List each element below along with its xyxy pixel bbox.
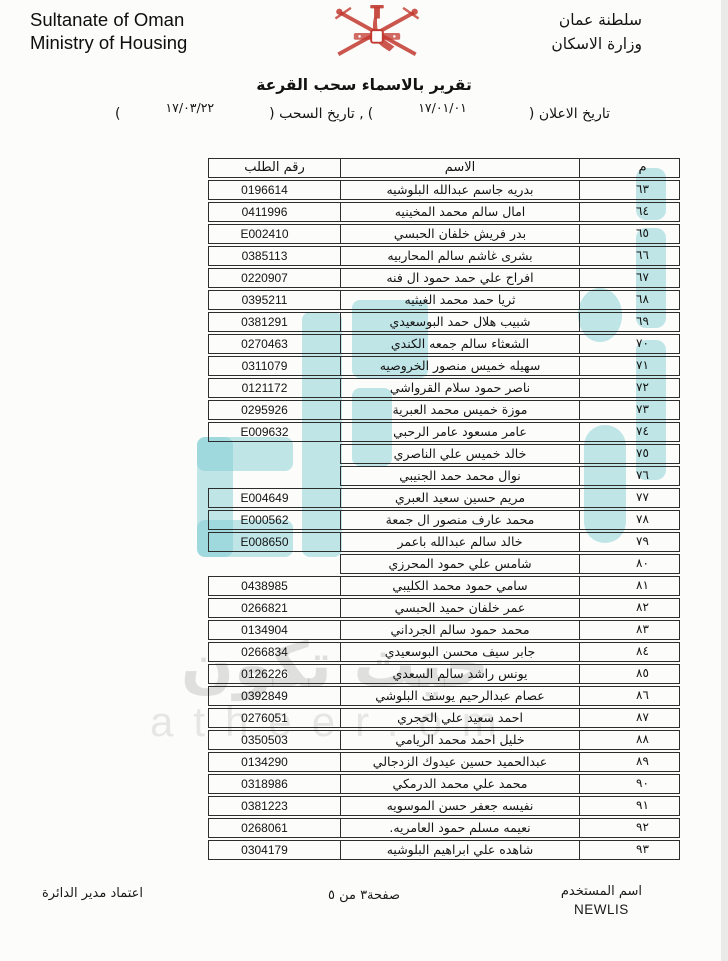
request-number-cell: E004649 xyxy=(208,488,340,508)
name-cell: نعيمه مسلم حمود العامريه. xyxy=(340,818,579,838)
request-number-cell xyxy=(208,466,340,486)
serial-cell: ٨٤ xyxy=(579,642,680,662)
name-cell: عبدالحميد حسين عيدوك الزدجالي xyxy=(340,752,579,772)
request-number-cell: 0134290 xyxy=(208,752,340,772)
name-cell: شبيب هلال حمد البوسعيدي xyxy=(340,312,579,332)
serial-cell: ٦٦ xyxy=(579,246,680,266)
serial-column-header: م xyxy=(579,158,680,178)
request-number-cell: E009632 xyxy=(208,422,340,442)
serial-cell: ٩٠ xyxy=(579,774,680,794)
header-arabic: سلطنة عمان وزارة الاسكان xyxy=(551,8,642,56)
request-number-cell: E000562 xyxy=(208,510,340,530)
serial-cell: ٨٢ xyxy=(579,598,680,618)
name-cell: نوال محمد حمد الجنيبي xyxy=(340,466,579,486)
name-column-header: الاسم xyxy=(340,158,579,178)
request-number-cell: 0311079 xyxy=(208,356,340,376)
request-number-cell: 0385113 xyxy=(208,246,340,266)
name-cell: امال سالم محمد المخينيه xyxy=(340,202,579,222)
header-english-line2: Ministry of Housing xyxy=(30,31,187,54)
serial-cell: ٧٩ xyxy=(579,532,680,552)
name-cell: بدر فريش خلفان الحبسي xyxy=(340,224,579,244)
serial-cell: ٨٩ xyxy=(579,752,680,772)
table-row: ٨٩عبدالحميد حسين عيدوك الزدجالي0134290 xyxy=(208,752,680,772)
serial-cell: ٧٠ xyxy=(579,334,680,354)
name-cell: عامر مسعود عامر الرحبي xyxy=(340,422,579,442)
username-value: NEWLIS xyxy=(561,902,642,917)
table-row: ٧٢ناصر حمود سلام القرواشي0121172 xyxy=(208,378,680,398)
request-number-cell: 0196614 xyxy=(208,180,340,200)
request-number-cell: 0121172 xyxy=(208,378,340,398)
announce-date-label: تاريخ الاعلان ( xyxy=(529,106,610,122)
serial-cell: ٩٢ xyxy=(579,818,680,838)
name-cell: بشرى غاشم سالم المحاربيه xyxy=(340,246,579,266)
name-cell: محمد حمود سالم الجرداني xyxy=(340,620,579,640)
announce-close-paren: ) xyxy=(368,106,373,122)
name-cell: عمر خلفان حميد الحبسي xyxy=(340,598,579,618)
serial-cell: ٨٦ xyxy=(579,686,680,706)
request-number-cell xyxy=(208,444,340,464)
table-body: ٦٣بدريه جاسم عبدالله البلوشيه0196614٦٤ام… xyxy=(208,180,680,860)
table-row: ٦٦بشرى غاشم سالم المحاربيه0385113 xyxy=(208,246,680,266)
table-row: ٧٦نوال محمد حمد الجنيبي xyxy=(208,466,680,486)
request-number-cell: 0134904 xyxy=(208,620,340,640)
table-row: ٦٤امال سالم محمد المخينيه0411996 xyxy=(208,202,680,222)
name-cell: بدريه جاسم عبدالله البلوشيه xyxy=(340,180,579,200)
table-row: ٧٣موزة خميس محمد العبرية0295926 xyxy=(208,400,680,420)
table-row: ٦٨ثريا حمد محمد الغيثيه0395211 xyxy=(208,290,680,310)
request-number-cell: E002410 xyxy=(208,224,340,244)
serial-cell: ٩١ xyxy=(579,796,680,816)
name-cell: ناصر حمود سلام القرواشي xyxy=(340,378,579,398)
name-cell: افراح علي حمد حمود ال فنه xyxy=(340,268,579,288)
name-cell: شامس علي حمود المحرزي xyxy=(340,554,579,574)
request-number-cell: 0220907 xyxy=(208,268,340,288)
request-number-cell: 0266834 xyxy=(208,642,340,662)
draw-date-value: ١٧/٠٣/٢٢ xyxy=(165,100,214,115)
draw-date-label: , تاريخ السحب ( xyxy=(269,106,364,122)
header-arabic-line1: سلطنة عمان xyxy=(551,8,642,32)
serial-cell: ٦٩ xyxy=(579,312,680,332)
table-row: ٦٩شبيب هلال حمد البوسعيدي0381291 xyxy=(208,312,680,332)
serial-cell: ٧٥ xyxy=(579,444,680,464)
request-number-column-header: رقم الطلب xyxy=(208,158,340,178)
serial-cell: ٨٨ xyxy=(579,730,680,750)
scan-edge-shadow xyxy=(721,0,728,961)
table-row: ٦٥بدر فريش خلفان الحبسيE002410 xyxy=(208,224,680,244)
name-cell: محمد عارف منصور ال جمعة xyxy=(340,510,579,530)
serial-cell: ٨٧ xyxy=(579,708,680,728)
table-row: ٩٢نعيمه مسلم حمود العامريه.0268061 xyxy=(208,818,680,838)
table-row: ٧٥خالد خميس علي الناصري xyxy=(208,444,680,464)
request-number-cell: 0268061 xyxy=(208,818,340,838)
request-number-cell: 0304179 xyxy=(208,840,340,860)
request-number-cell: 0276051 xyxy=(208,708,340,728)
name-cell: خالد سالم عبدالله باعمر xyxy=(340,532,579,552)
serial-cell: ٧٤ xyxy=(579,422,680,442)
serial-cell: ٧٧ xyxy=(579,488,680,508)
request-number-cell: 0392849 xyxy=(208,686,340,706)
name-cell: يونس راشد سالم السعدي xyxy=(340,664,579,684)
name-cell: مريم حسين سعيد العبري xyxy=(340,488,579,508)
name-cell: خليل احمد محمد الريامي xyxy=(340,730,579,750)
serial-cell: ٨١ xyxy=(579,576,680,596)
table-row: ٨٨خليل احمد محمد الريامي0350503 xyxy=(208,730,680,750)
table-row: ٧٤عامر مسعود عامر الرحبيE009632 xyxy=(208,422,680,442)
page-title: تقرير بالاسماء سحب القرعة xyxy=(0,76,728,94)
name-cell: سامي حمود محمد الكليبي xyxy=(340,576,579,596)
request-number-cell: 0381291 xyxy=(208,312,340,332)
lottery-names-table: م الاسم رقم الطلب ٦٣بدريه جاسم عبدالله ا… xyxy=(208,158,680,862)
serial-cell: ٧٢ xyxy=(579,378,680,398)
table-row: ٩٣شاهده علي ابراهيم البلوشيه0304179 xyxy=(208,840,680,860)
table-row: ٨١سامي حمود محمد الكليبي0438985 xyxy=(208,576,680,596)
serial-cell: ٨٥ xyxy=(579,664,680,684)
name-cell: احمد سعيد علي الحجري xyxy=(340,708,579,728)
username-block: اسم المستخدم NEWLIS xyxy=(561,884,642,917)
header-english-line1: Sultanate of Oman xyxy=(30,8,187,31)
date-line: تاريخ الاعلان ( ١٧/٠١/٠١ ) , تاريخ السحب… xyxy=(60,106,610,122)
request-number-cell: 0395211 xyxy=(208,290,340,310)
serial-cell: ٧٨ xyxy=(579,510,680,530)
request-number-cell: 0438985 xyxy=(208,576,340,596)
table-row: ٧١سهيله خميس منصور الخروصيه0311079 xyxy=(208,356,680,376)
username-label: اسم المستخدم xyxy=(561,884,642,899)
name-cell: عصام عبدالرحيم يوسف البلوشي xyxy=(340,686,579,706)
table-row: ٩٠محمد علي محمد الدرمكي0318986 xyxy=(208,774,680,794)
draw-close-paren: ) xyxy=(115,106,120,122)
table-row: ٨٥يونس راشد سالم السعدي0126226 xyxy=(208,664,680,684)
request-number-cell: 0318986 xyxy=(208,774,340,794)
name-cell: موزة خميس محمد العبرية xyxy=(340,400,579,420)
table-row: ٧٠الشعثاء سالم جمعه الكندي0270463 xyxy=(208,334,680,354)
serial-cell: ٦٤ xyxy=(579,202,680,222)
request-number-cell: 0266821 xyxy=(208,598,340,618)
serial-cell: ٧١ xyxy=(579,356,680,376)
name-cell: محمد علي محمد الدرمكي xyxy=(340,774,579,794)
request-number-cell: 0270463 xyxy=(208,334,340,354)
header-english: Sultanate of Oman Ministry of Housing xyxy=(30,8,187,54)
serial-cell: ٦٨ xyxy=(579,290,680,310)
serial-cell: ٦٣ xyxy=(579,180,680,200)
serial-cell: ٧٣ xyxy=(579,400,680,420)
table-row: ٦٧افراح علي حمد حمود ال فنه0220907 xyxy=(208,268,680,288)
request-number-cell: 0350503 xyxy=(208,730,340,750)
table-row: ٨٠شامس علي حمود المحرزي xyxy=(208,554,680,574)
request-number-cell xyxy=(208,554,340,574)
name-cell: نفيسه جعفر حسن الموسويه xyxy=(340,796,579,816)
table-row: ٩١نفيسه جعفر حسن الموسويه0381223 xyxy=(208,796,680,816)
request-number-cell: 0126226 xyxy=(208,664,340,684)
serial-cell: ٧٦ xyxy=(579,466,680,486)
name-cell: سهيله خميس منصور الخروصيه xyxy=(340,356,579,376)
request-number-cell: 0411996 xyxy=(208,202,340,222)
table-row: ٨٤جابر سيف محسن البوسعيدي0266834 xyxy=(208,642,680,662)
request-number-cell: 0381223 xyxy=(208,796,340,816)
table-row: ٨٣محمد حمود سالم الجرداني0134904 xyxy=(208,620,680,640)
serial-cell: ٩٣ xyxy=(579,840,680,860)
table-row: ٦٣بدريه جاسم عبدالله البلوشيه0196614 xyxy=(208,180,680,200)
table-row: ٨٢عمر خلفان حميد الحبسي0266821 xyxy=(208,598,680,618)
table-row: ٨٦عصام عبدالرحيم يوسف البلوشي0392849 xyxy=(208,686,680,706)
table-row: ٧٩خالد سالم عبدالله باعمرE008650 xyxy=(208,532,680,552)
announce-date-value: ١٧/٠١/٠١ xyxy=(418,100,467,115)
table-row: ٧٧مريم حسين سعيد العبريE004649 xyxy=(208,488,680,508)
request-number-cell: 0295926 xyxy=(208,400,340,420)
request-number-cell: E008650 xyxy=(208,532,340,552)
serial-cell: ٨٣ xyxy=(579,620,680,640)
table-row: ٧٨محمد عارف منصور ال جمعةE000562 xyxy=(208,510,680,530)
oman-national-emblem-icon xyxy=(330,4,424,62)
serial-cell: ٦٧ xyxy=(579,268,680,288)
table-header-row: م الاسم رقم الطلب xyxy=(208,158,680,178)
name-cell: خالد خميس علي الناصري xyxy=(340,444,579,464)
table-row: ٨٧احمد سعيد علي الحجري0276051 xyxy=(208,708,680,728)
serial-cell: ٨٠ xyxy=(579,554,680,574)
name-cell: الشعثاء سالم جمعه الكندي xyxy=(340,334,579,354)
serial-cell: ٦٥ xyxy=(579,224,680,244)
name-cell: ثريا حمد محمد الغيثيه xyxy=(340,290,579,310)
name-cell: شاهده علي ابراهيم البلوشيه xyxy=(340,840,579,860)
header-arabic-line2: وزارة الاسكان xyxy=(551,32,642,56)
name-cell: جابر سيف محسن البوسعيدي xyxy=(340,642,579,662)
